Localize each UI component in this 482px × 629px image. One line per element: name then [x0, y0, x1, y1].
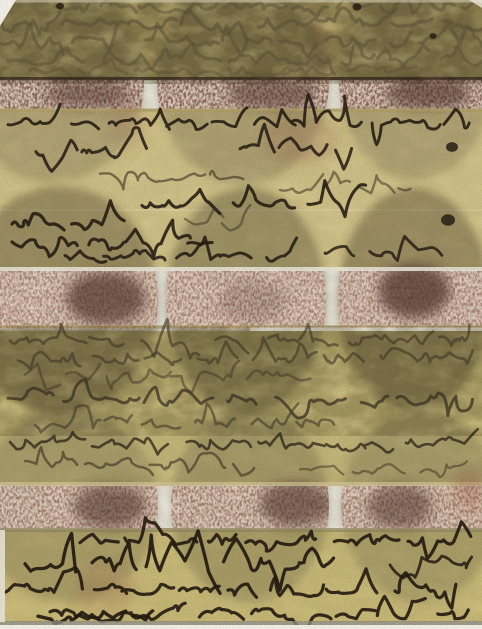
artwork-canvas	[0, 0, 482, 629]
paper-grain	[0, 0, 482, 629]
artwork-photo	[0, 0, 482, 629]
